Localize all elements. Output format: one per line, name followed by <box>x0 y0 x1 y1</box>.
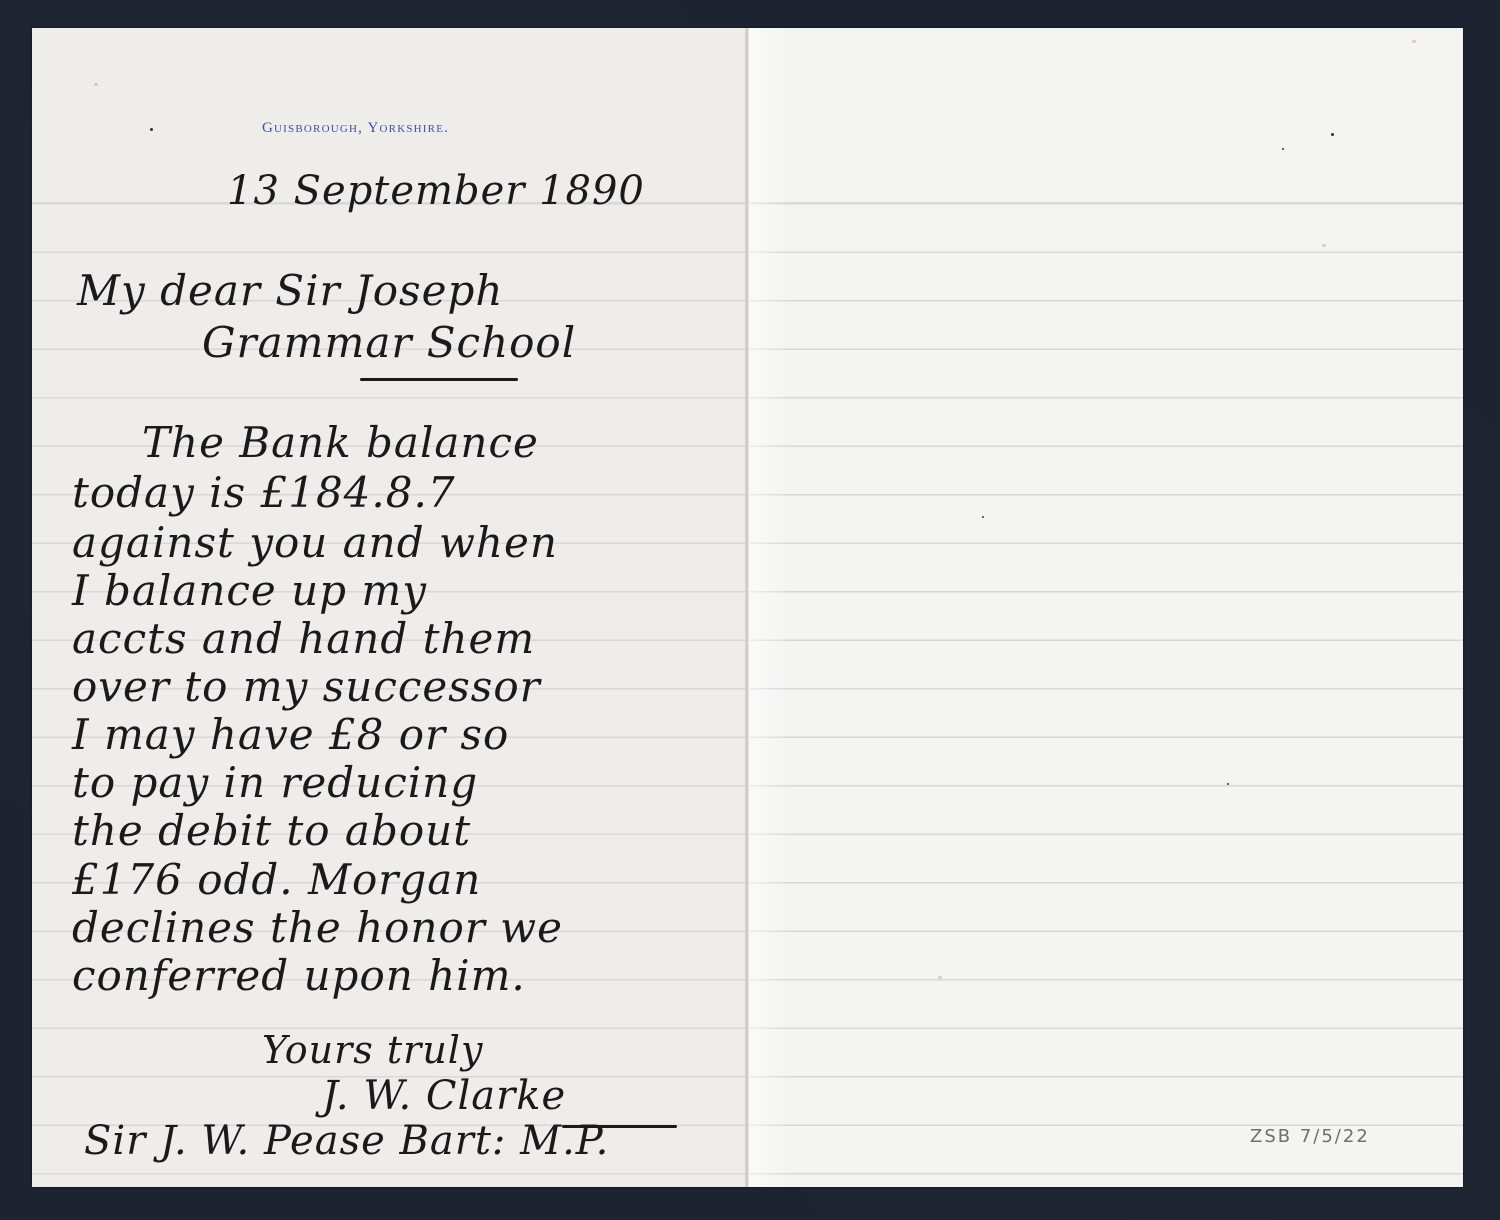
body-line: conferred upon him. <box>72 951 526 1000</box>
ruled-lines <box>748 203 1463 1187</box>
body-line: today is £184.8.7 <box>72 468 456 517</box>
fold-shadow <box>749 28 789 1187</box>
ink-speck <box>1282 148 1284 150</box>
body-line: to pay in reducing <box>72 758 478 807</box>
right-page <box>748 28 1463 1187</box>
paper-stain <box>938 976 942 979</box>
ink-speck <box>150 128 153 131</box>
paper-stain <box>94 83 98 86</box>
ink-speck <box>1227 783 1229 785</box>
paper-stain <box>1322 244 1326 247</box>
body-line: the debit to about <box>72 806 471 855</box>
body-line: £176 odd. Morgan <box>72 855 481 904</box>
salutation: My dear Sir Joseph <box>77 266 503 315</box>
ink-speck <box>1331 133 1334 136</box>
letter-sheet: Guisborough, Yorkshire. 13 September 189… <box>32 28 1463 1187</box>
body-line: over to my successor <box>72 662 541 711</box>
archive-reference: ZSB 7/5/22 <box>1250 1126 1370 1147</box>
paper-stain <box>1412 40 1416 43</box>
subject-underline <box>360 378 518 381</box>
letterhead: Guisborough, Yorkshire. <box>262 120 449 137</box>
closing: Yours truly <box>262 1028 483 1072</box>
letter-date: 13 September 1890 <box>227 168 645 214</box>
signature: J. W. Clarke <box>322 1073 566 1119</box>
subject-line: Grammar School <box>202 318 576 367</box>
body-line: I may have £8 or so <box>72 710 509 759</box>
body-line: I balance up my <box>72 566 427 615</box>
addressee: Sir J. W. Pease Bart: M.P. <box>84 1118 609 1164</box>
body-line: declines the honor we <box>72 903 563 952</box>
body-line: The Bank balance <box>142 418 539 467</box>
body-line: against you and when <box>72 518 558 567</box>
ink-speck <box>982 516 984 518</box>
body-line: accts and hand them <box>72 614 535 663</box>
